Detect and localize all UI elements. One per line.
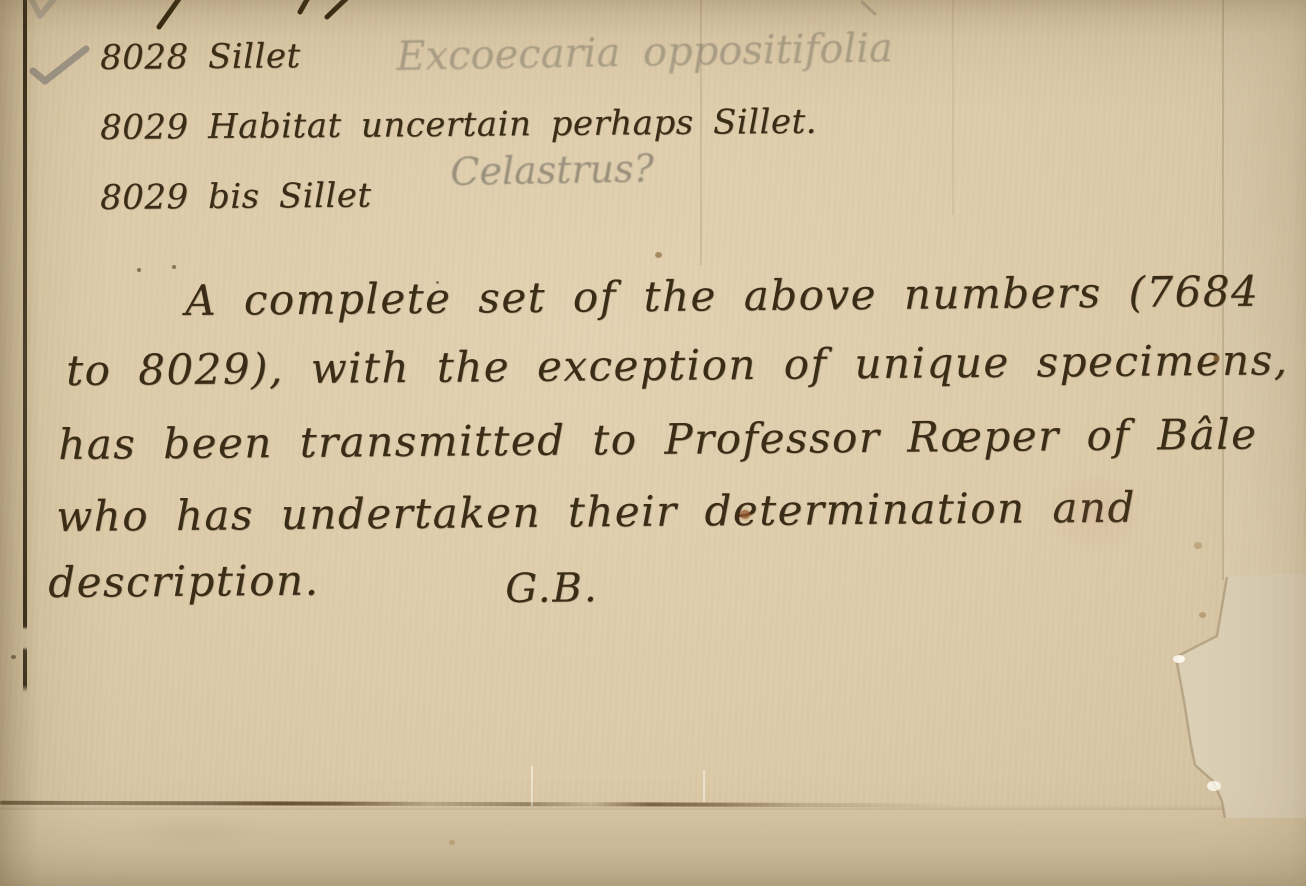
note-line: who has undertaken their determination a… xyxy=(56,483,1136,541)
note-line: has been transmitted to Professor Rœper … xyxy=(58,410,1258,469)
foxing-spot xyxy=(449,840,455,845)
initials: G.B. xyxy=(505,565,599,612)
paper-scratch xyxy=(703,770,705,802)
foxing-spot xyxy=(1194,542,1202,549)
ink-speck xyxy=(436,281,439,284)
ink-speck xyxy=(137,268,141,272)
paper-stain xyxy=(120,814,270,850)
foxing-spot xyxy=(740,510,750,519)
manuscript-scan: Excoecaria oppositifolia Celastrus? 8028… xyxy=(0,0,1306,886)
pencil-annotation: Celastrus? xyxy=(450,146,654,194)
note-line: description. xyxy=(48,556,320,607)
specimen-line: 8029 bis Sillet xyxy=(100,176,372,218)
paper-stain xyxy=(1040,470,1150,555)
foxing-spot xyxy=(655,252,662,258)
margin-rule xyxy=(23,0,27,692)
pencil-annotation: Excoecaria oppositifolia xyxy=(396,25,893,80)
ink-speck xyxy=(172,265,176,269)
specimen-line: 8029 Habitat uncertain perhaps Sillet. xyxy=(100,102,817,148)
paper-scratch xyxy=(531,766,533,806)
specimen-line: 8028 Sillet xyxy=(100,36,301,78)
note-line: A complete set of the above numbers (768… xyxy=(185,267,1259,325)
ink-speck xyxy=(11,655,16,659)
paper-crease xyxy=(952,0,954,215)
foxing-spot xyxy=(1213,355,1220,362)
foxing-spot xyxy=(1199,612,1206,618)
